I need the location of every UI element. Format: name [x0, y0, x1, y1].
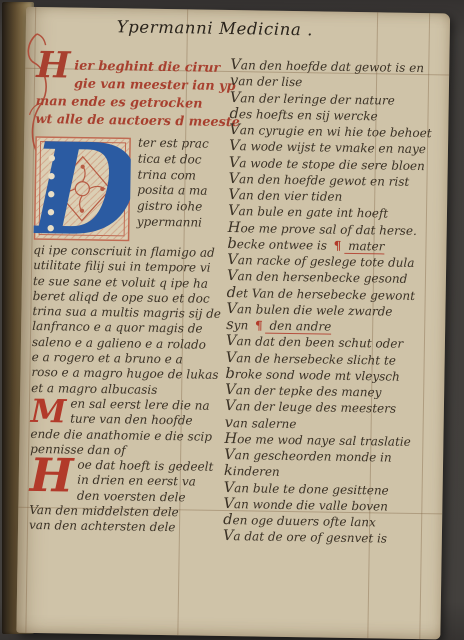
paragraph-mark: ¶ — [255, 318, 263, 332]
left-text-column: H ier beghint die cirurgie van meester i… — [29, 57, 226, 537]
rubricated-text: den andre — [266, 319, 332, 335]
decorated-initial-d: D — [34, 136, 132, 241]
section-h: H oe dat hoeft is gedeeltin drien en eer… — [29, 457, 220, 536]
photo-backdrop: Ypermanni Medicina . H ier beghint die c… — [0, 0, 464, 640]
rubricated-text: mater — [344, 239, 384, 255]
line-text: syn — [226, 318, 252, 332]
rubric-initial-letter: H — [36, 50, 70, 81]
latin-body-block: qi ipe conscriuit in flamigo adutilitate… — [31, 240, 223, 399]
red-initial-h: H — [30, 460, 74, 491]
manuscript-page: Ypermanni Medicina . H ier beghint die c… — [16, 7, 450, 640]
rubric-incipit: H ier beghint die cirurgie van meester i… — [35, 57, 226, 132]
decorated-initial-section: D ter est practica et doctrina composita… — [34, 134, 225, 232]
red-initial-m: M — [31, 397, 67, 426]
line-text: becke ontwee is — [227, 237, 330, 253]
dutch-text-line: pennisse dan of — [30, 442, 220, 460]
dutch-text-line: van den achtersten dele — [29, 518, 219, 536]
paragraph-mark: ¶ — [334, 238, 342, 252]
latin-body-line: et a magro albucasis — [31, 381, 221, 399]
right-toc-column: Van den hoefde dat gewot is envan der li… — [223, 57, 445, 548]
initial-letter-d: D — [34, 136, 132, 241]
page-title: Ypermanni Medicina . — [26, 16, 404, 41]
toc-line: Va dat de ore of gesnvet is — [223, 528, 437, 548]
section-m: M en sal eerst lere die nature van den h… — [30, 396, 221, 460]
rubric-line: wt alle de auctoers d meeste — [35, 111, 225, 132]
